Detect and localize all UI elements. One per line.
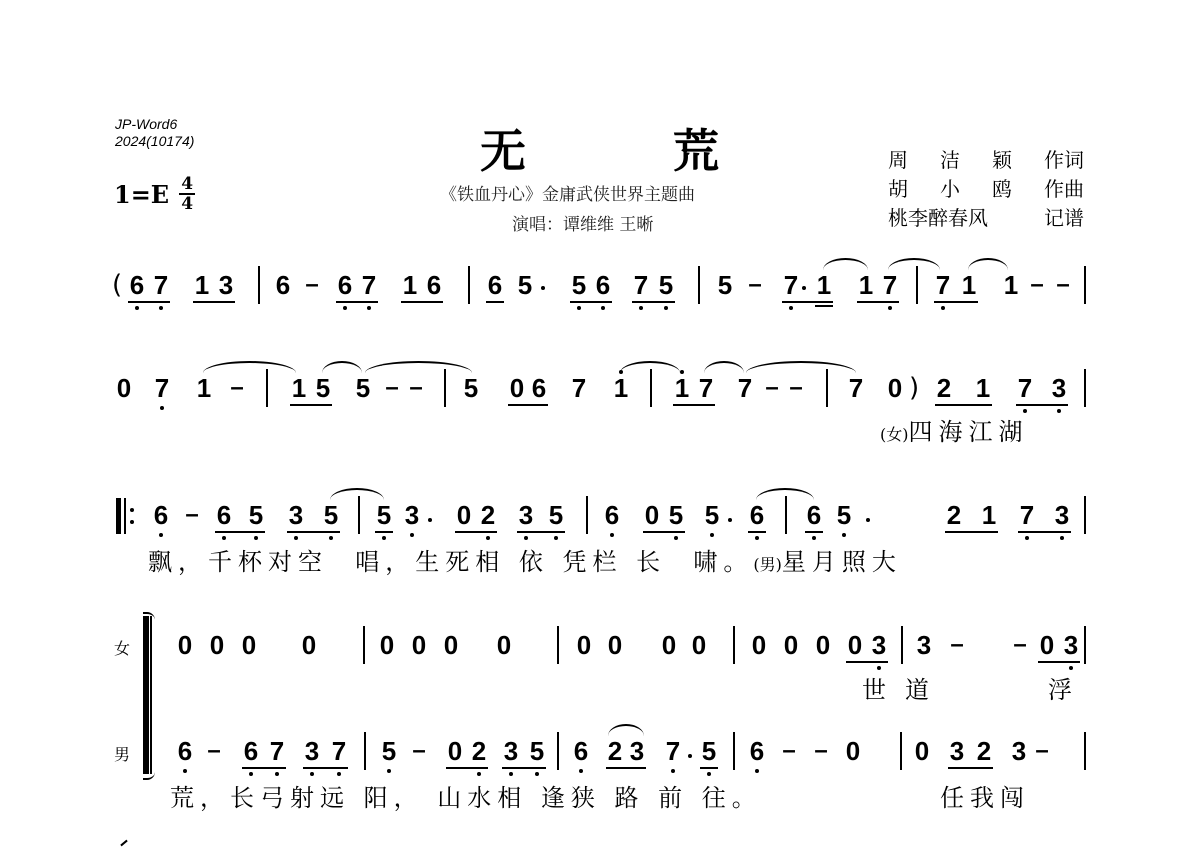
note: 7 — [881, 270, 899, 300]
note: 2 — [975, 736, 993, 766]
note: 1 — [980, 500, 998, 530]
note: 7 — [934, 270, 952, 300]
eighth-underline — [446, 767, 488, 769]
eighth-underline — [502, 767, 546, 769]
credit-composer: 胡 小 鸥 作曲 — [888, 175, 1084, 204]
eighth-underline — [782, 301, 833, 303]
credits: 周 洁 颖 作词 胡 小 鸥 作曲 桃李醉春风 记谱 — [888, 146, 1084, 233]
low-octave-dot — [135, 306, 139, 310]
note: 0 — [782, 630, 800, 660]
note: 7 — [570, 373, 588, 403]
note: 5 — [528, 736, 546, 766]
slur — [608, 724, 644, 736]
eighth-underline — [375, 531, 393, 533]
eighth-underline — [290, 404, 332, 406]
sustain-dash: – — [748, 271, 762, 299]
note: 0 — [455, 500, 473, 530]
lyric-text: 荒，长弓射远 阳， 山水相 逢狭 路 前 往。 — [170, 784, 762, 812]
note: 0 — [208, 630, 226, 660]
note: 1 — [857, 270, 875, 300]
eighth-underline — [700, 767, 718, 769]
slur — [756, 488, 814, 500]
low-octave-dot — [671, 769, 675, 773]
note: 3 — [1010, 736, 1028, 766]
sustain-dash: – — [412, 737, 426, 765]
barline — [1084, 369, 1086, 407]
sustain-dash: – — [185, 501, 199, 529]
credit-lyricist: 周 洁 颖 作词 — [888, 146, 1084, 175]
repeat-dot — [130, 520, 134, 524]
low-octave-dot — [755, 769, 759, 773]
low-octave-dot — [1060, 536, 1064, 540]
sustain-dash: – — [814, 737, 828, 765]
sustain-dash: – — [782, 737, 796, 765]
slur — [746, 361, 856, 373]
note: 6 — [748, 736, 766, 766]
title-char-2: 荒 — [673, 115, 719, 181]
augmentation-dot — [728, 518, 732, 522]
low-octave-dot — [877, 666, 881, 670]
low-octave-dot — [888, 306, 892, 310]
note: 0 — [886, 373, 904, 403]
sustain-dash: – — [207, 737, 221, 765]
note: 3 — [217, 270, 235, 300]
note: 1 — [960, 270, 978, 300]
low-octave-dot — [343, 306, 347, 310]
note: 3 — [287, 500, 305, 530]
barline — [258, 266, 260, 304]
note: 6 — [530, 373, 548, 403]
low-octave-dot — [159, 306, 163, 310]
note: 7 — [1018, 500, 1036, 530]
lyric-text: 飘，千杯对空 唱，生死相 依 凭栏 长 啸。 — [148, 548, 753, 576]
eighth-underline — [945, 531, 998, 533]
eighth-underline — [128, 301, 170, 303]
low-octave-dot — [674, 536, 678, 540]
note: 0 — [690, 630, 708, 660]
note: 0 — [446, 736, 464, 766]
key-label: 1=E — [114, 180, 169, 209]
eighth-underline — [287, 531, 340, 533]
low-octave-dot — [1057, 409, 1061, 413]
sustain-dash: – — [1056, 271, 1070, 299]
note: 5 — [657, 270, 675, 300]
barline — [733, 732, 735, 770]
note: 0 — [1038, 630, 1056, 660]
note: 0 — [606, 630, 624, 660]
barline — [364, 732, 366, 770]
lyricist-char: 周 — [888, 146, 908, 175]
eighth-underline — [857, 301, 899, 303]
slur — [322, 361, 362, 373]
low-octave-dot — [535, 772, 539, 776]
bracket-top-hook — [143, 612, 155, 620]
singers: 演唱：谭维维 王晰 — [512, 210, 653, 235]
composer-role: 作曲 — [1044, 175, 1084, 204]
augmentation-dot — [866, 518, 870, 522]
low-octave-dot — [812, 536, 816, 540]
composer-char: 鸥 — [992, 175, 1012, 204]
note: 5 — [703, 500, 721, 530]
note: 0 — [846, 630, 864, 660]
note: 0 — [240, 630, 258, 660]
note: 6 — [603, 500, 621, 530]
lyric-word: 任我闯 — [940, 784, 1030, 812]
repeat-dot — [130, 508, 134, 512]
note: 1 — [974, 373, 992, 403]
note: 7 — [152, 270, 170, 300]
note: 0 — [495, 630, 513, 660]
close-paren: ) — [909, 373, 919, 403]
eighth-underline — [1016, 404, 1068, 406]
barline — [586, 496, 588, 534]
title-char-1: 无 — [480, 115, 526, 181]
barline — [557, 626, 559, 664]
note: 6 — [176, 736, 194, 766]
low-octave-dot — [382, 536, 386, 540]
barline — [650, 369, 652, 407]
slur — [203, 361, 296, 373]
augmentation-dot — [428, 518, 432, 522]
barline — [1084, 496, 1086, 534]
eighth-underline — [336, 301, 378, 303]
barline — [358, 496, 360, 534]
note: 6 — [274, 270, 292, 300]
barline — [444, 369, 446, 407]
note: 0 — [378, 630, 396, 660]
note: 0 — [508, 373, 526, 403]
open-paren: ( — [112, 270, 122, 300]
transcriber-role: 记谱 — [1044, 204, 1084, 233]
eighth-underline — [643, 531, 685, 533]
low-octave-dot — [1025, 536, 1029, 540]
low-octave-dot — [1023, 409, 1027, 413]
barline — [901, 626, 903, 664]
note: 0 — [176, 630, 194, 660]
note: 1 — [1002, 270, 1020, 300]
credit-transcriber: 桃李醉春风 记谱 — [888, 204, 1084, 233]
slur — [968, 258, 1008, 270]
barline — [1084, 626, 1086, 664]
next-bracket-hook — [120, 840, 127, 847]
low-octave-dot — [1069, 666, 1073, 670]
sustain-dash: – — [305, 271, 319, 299]
slur — [823, 258, 868, 270]
lyrics: (女)四海江湖 — [880, 418, 1029, 449]
slur — [620, 361, 680, 373]
note: 6 — [425, 270, 443, 300]
low-octave-dot — [601, 306, 605, 310]
note: 3 — [502, 736, 520, 766]
low-octave-dot — [249, 772, 253, 776]
note: 3 — [303, 736, 321, 766]
eighth-underline — [1018, 531, 1071, 533]
note: 7 — [736, 373, 754, 403]
voice-label-female: 女 — [114, 636, 130, 659]
augmentation-dot — [802, 286, 806, 290]
sustain-dash: – — [1035, 737, 1049, 765]
low-octave-dot — [577, 306, 581, 310]
augmentation-dot — [541, 286, 545, 290]
slur — [888, 258, 940, 270]
low-octave-dot — [664, 306, 668, 310]
note: 3 — [517, 500, 535, 530]
augmentation-dot — [688, 754, 692, 758]
composer-char: 胡 — [888, 175, 908, 204]
note: 5 — [700, 736, 718, 766]
lyric-text: 星月照大 — [782, 548, 902, 576]
barline — [733, 626, 735, 664]
note: 3 — [948, 736, 966, 766]
barline — [1084, 266, 1086, 304]
low-octave-dot — [160, 406, 164, 410]
eighth-underline — [1038, 661, 1080, 663]
note: 1 — [290, 373, 308, 403]
note: 6 — [805, 500, 823, 530]
barline — [785, 496, 787, 534]
slur — [365, 361, 472, 373]
note: 3 — [628, 736, 646, 766]
time-signature: 4 4 — [179, 176, 195, 212]
repeat-thin-bar — [124, 498, 126, 534]
low-octave-dot — [941, 306, 945, 310]
note: 1 — [612, 373, 630, 403]
note: 3 — [1053, 500, 1071, 530]
barline — [557, 732, 559, 770]
lyrics: 飘，千杯对空 唱，生死相 依 凭栏 长 啸。(男)星月照大 — [148, 548, 902, 579]
slur — [704, 361, 744, 373]
voice-cue: (男) — [753, 555, 782, 574]
low-octave-dot — [159, 533, 163, 537]
note: 6 — [748, 500, 766, 530]
note: 0 — [115, 373, 133, 403]
note: 5 — [314, 373, 332, 403]
note: 5 — [570, 270, 588, 300]
note: 0 — [660, 630, 678, 660]
low-octave-dot — [183, 769, 187, 773]
note: 1 — [193, 270, 211, 300]
note: 5 — [462, 373, 480, 403]
note: 1 — [195, 373, 213, 403]
time-top: 4 — [181, 176, 193, 192]
note: 3 — [1050, 373, 1068, 403]
note: 0 — [750, 630, 768, 660]
low-octave-dot — [275, 772, 279, 776]
low-octave-dot — [387, 769, 391, 773]
low-octave-dot — [610, 533, 614, 537]
note: 7 — [360, 270, 378, 300]
note: 5 — [835, 500, 853, 530]
low-octave-dot — [554, 536, 558, 540]
eighth-underline — [303, 767, 348, 769]
transcriber-name: 桃李醉春风 — [888, 204, 988, 233]
eighth-underline — [935, 404, 992, 406]
low-octave-dot — [755, 536, 759, 540]
note: 5 — [547, 500, 565, 530]
lyrics: 荒，长弓射远 阳， 山水相 逢狭 路 前 往。 — [170, 784, 762, 812]
eighth-underline — [401, 301, 443, 303]
eighth-underline — [948, 767, 993, 769]
sustain-dash: – — [1013, 631, 1027, 659]
low-octave-dot — [367, 306, 371, 310]
low-octave-dot — [329, 536, 333, 540]
note: 5 — [667, 500, 685, 530]
sustain-dash: – — [385, 374, 399, 402]
low-octave-dot — [579, 769, 583, 773]
bracket-bottom-hook — [143, 772, 155, 780]
eighth-underline — [508, 404, 548, 406]
subtitle: 《铁血丹心》金庸武侠世界主题曲 — [440, 180, 695, 205]
eighth-underline — [242, 767, 286, 769]
sustain-dash: – — [765, 374, 779, 402]
note: 2 — [606, 736, 624, 766]
voice-label-male: 男 — [114, 742, 130, 765]
low-octave-dot — [337, 772, 341, 776]
lyricist-char: 颖 — [992, 146, 1012, 175]
sustain-dash: – — [230, 374, 244, 402]
note: 6 — [152, 500, 170, 530]
low-octave-dot — [710, 533, 714, 537]
note: 7 — [632, 270, 650, 300]
low-octave-dot — [410, 533, 414, 537]
note: 1 — [673, 373, 691, 403]
lyric-word: 世 — [862, 676, 892, 704]
low-octave-dot — [294, 536, 298, 540]
note: 0 — [442, 630, 460, 660]
low-octave-dot — [486, 536, 490, 540]
low-octave-dot — [639, 306, 643, 310]
sustain-dash: – — [789, 374, 803, 402]
note: 3 — [915, 630, 933, 660]
note: 5 — [716, 270, 734, 300]
barline — [916, 266, 918, 304]
note: 6 — [594, 270, 612, 300]
low-octave-dot — [524, 536, 528, 540]
barline — [363, 626, 365, 664]
system-bracket — [143, 616, 149, 774]
eighth-underline — [748, 531, 766, 533]
note: 6 — [215, 500, 233, 530]
note: 5 — [380, 736, 398, 766]
eighth-underline — [517, 531, 565, 533]
low-octave-dot — [509, 772, 513, 776]
note: 0 — [410, 630, 428, 660]
low-octave-dot — [842, 533, 846, 537]
eighth-underline — [215, 531, 265, 533]
lyricist-char: 洁 — [940, 146, 960, 175]
eighth-underline — [570, 301, 612, 303]
barline — [698, 266, 700, 304]
sustain-dash: – — [409, 374, 423, 402]
barline — [1084, 732, 1086, 770]
note: 7 — [153, 373, 171, 403]
repeat-thick-bar — [116, 498, 121, 534]
note: 7 — [847, 373, 865, 403]
high-octave-dot — [680, 370, 684, 374]
note: 3 — [1062, 630, 1080, 660]
note: 7 — [782, 270, 800, 300]
barline — [826, 369, 828, 407]
note: 0 — [814, 630, 832, 660]
note: 5 — [516, 270, 534, 300]
note: 2 — [945, 500, 963, 530]
barline — [900, 732, 902, 770]
note: 0 — [300, 630, 318, 660]
note: 2 — [470, 736, 488, 766]
low-octave-dot — [477, 772, 481, 776]
note: 7 — [268, 736, 286, 766]
system-bracket-thin — [150, 616, 152, 774]
note: 7 — [664, 736, 682, 766]
note: 0 — [575, 630, 593, 660]
note: 6 — [242, 736, 260, 766]
note: 3 — [870, 630, 888, 660]
low-octave-dot — [707, 772, 711, 776]
note: 2 — [479, 500, 497, 530]
lyricist-role: 作词 — [1044, 146, 1084, 175]
note: 0 — [844, 736, 862, 766]
note: 5 — [375, 500, 393, 530]
composer-char: 小 — [940, 175, 960, 204]
eighth-underline — [606, 767, 646, 769]
key-signature: 1=E 4 4 — [114, 176, 195, 212]
eighth-underline — [193, 301, 235, 303]
lyric-word: 道 — [905, 676, 935, 704]
note: 5 — [247, 500, 265, 530]
eighth-underline — [486, 301, 504, 303]
note: 7 — [1016, 373, 1034, 403]
version-label: 2024(10174) — [115, 133, 194, 150]
eighth-underline — [632, 301, 675, 303]
eighth-underline — [805, 531, 823, 533]
low-octave-dot — [254, 536, 258, 540]
lyric-text: 四海江湖 — [909, 418, 1029, 446]
note: 5 — [322, 500, 340, 530]
barline — [468, 266, 470, 304]
eighth-underline — [934, 301, 978, 303]
eighth-underline — [673, 404, 715, 406]
note: 0 — [913, 736, 931, 766]
low-octave-dot — [222, 536, 226, 540]
sustain-dash: – — [1030, 271, 1044, 299]
eighth-underline — [846, 661, 888, 663]
note: 6 — [486, 270, 504, 300]
note: 1 — [815, 270, 833, 300]
lyric-word: 浮 — [1048, 676, 1078, 704]
slur — [330, 488, 384, 500]
time-bottom: 4 — [181, 196, 193, 212]
sixteenth-underline — [815, 305, 833, 307]
note: 5 — [354, 373, 372, 403]
note: 6 — [572, 736, 590, 766]
barline — [266, 369, 268, 407]
software-label: JP-Word6 — [115, 116, 177, 133]
eighth-underline — [455, 531, 497, 533]
voice-cue: (女) — [880, 425, 909, 444]
note: 2 — [935, 373, 953, 403]
note: 6 — [336, 270, 354, 300]
note: 7 — [697, 373, 715, 403]
note: 0 — [643, 500, 661, 530]
low-octave-dot — [310, 772, 314, 776]
note: 7 — [330, 736, 348, 766]
note: 6 — [128, 270, 146, 300]
note: 1 — [401, 270, 419, 300]
note: 3 — [403, 500, 421, 530]
low-octave-dot — [789, 306, 793, 310]
sustain-dash: – — [950, 631, 964, 659]
